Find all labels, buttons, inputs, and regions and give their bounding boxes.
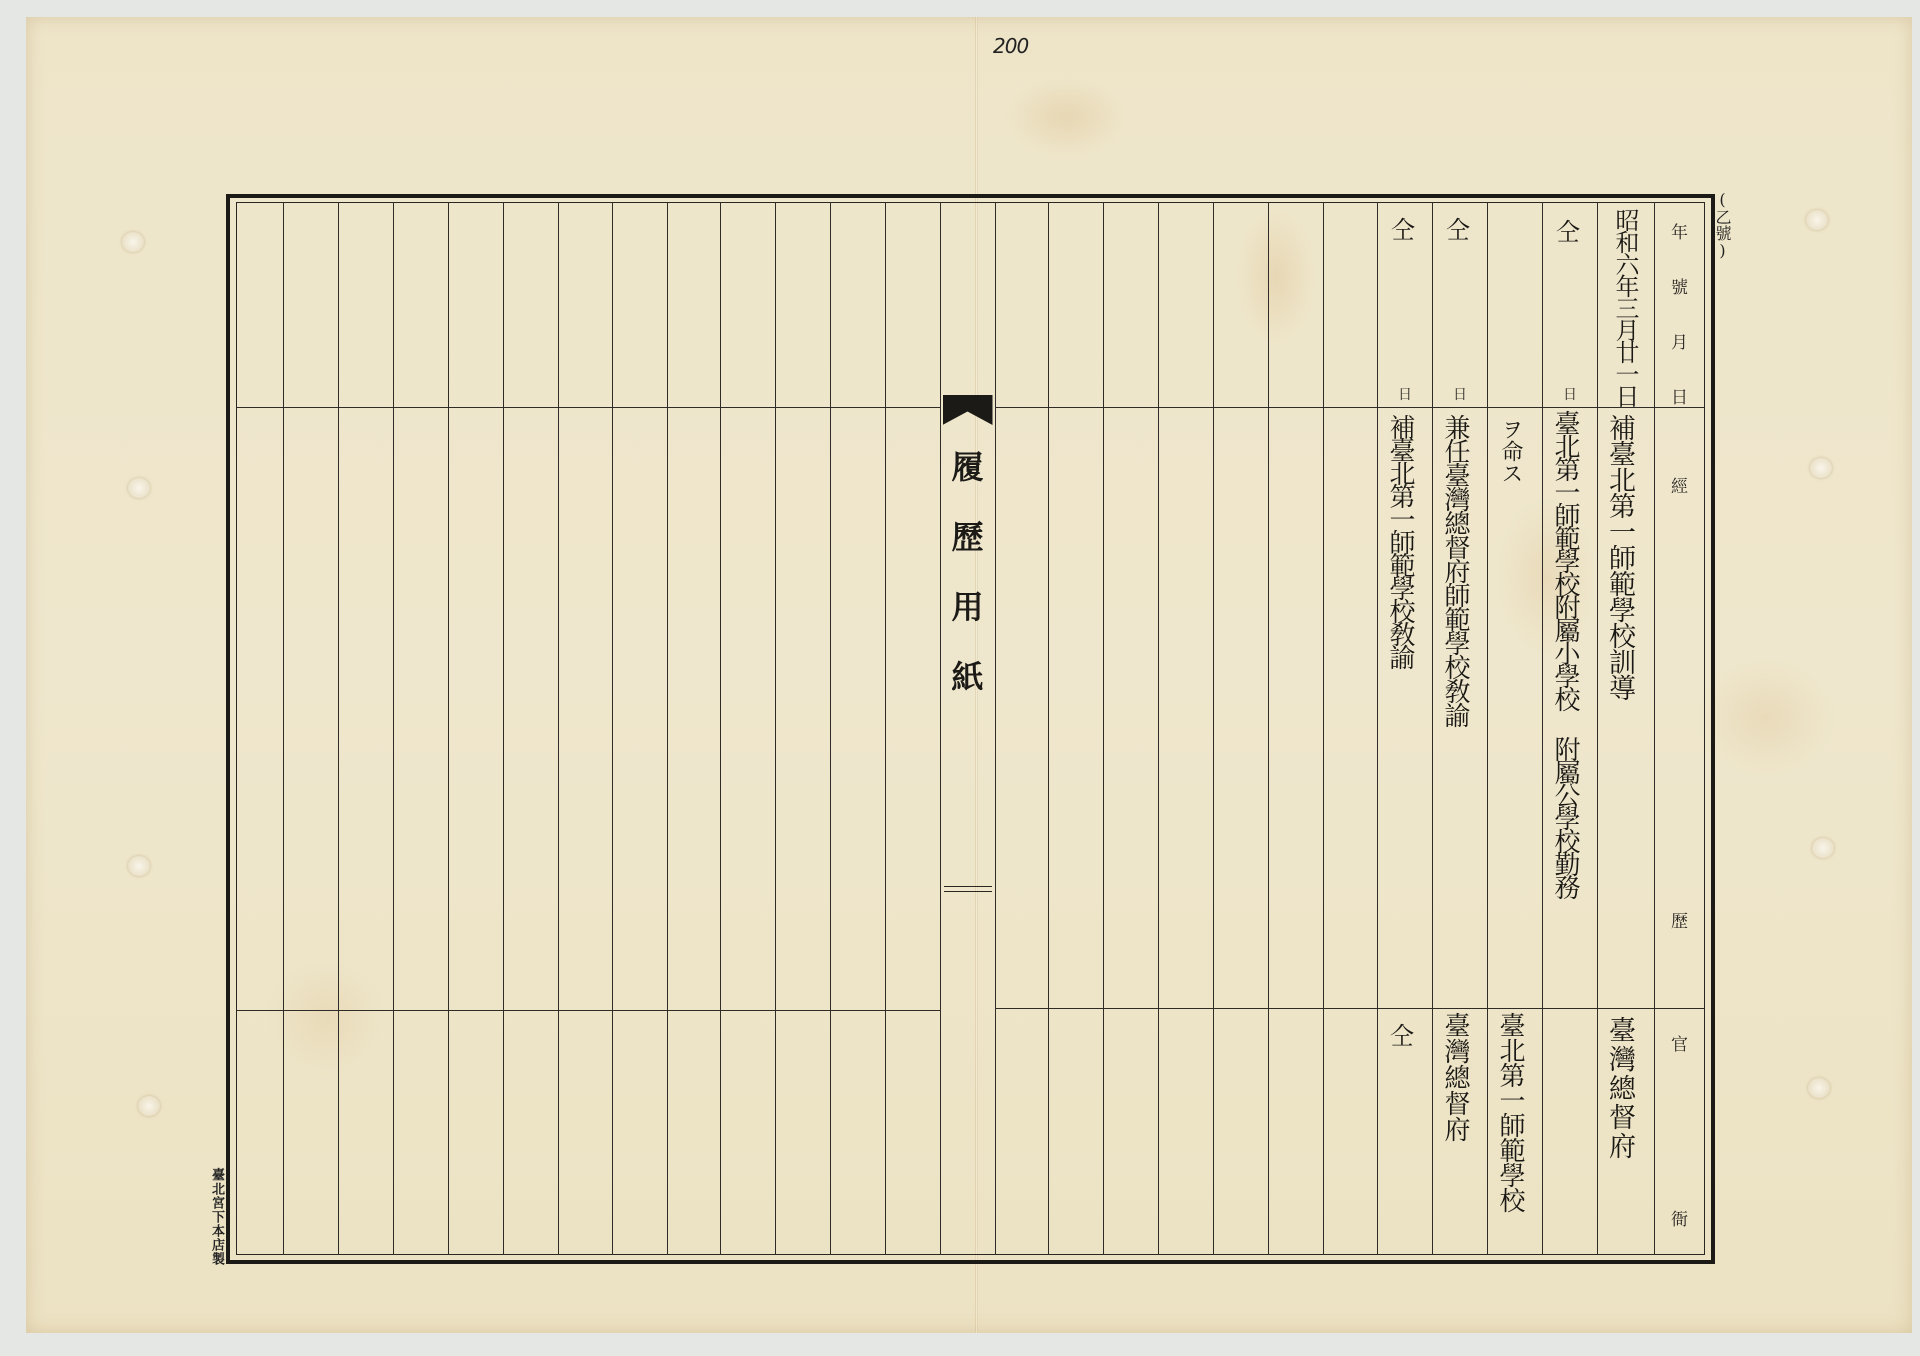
entry-4-career: 兼任臺灣總督府師範學校敎諭 [1435, 414, 1490, 854]
title-char: 履 [951, 447, 983, 487]
entry-1-office: 臺灣總督府 [1599, 1016, 1654, 1246]
column-rule [1158, 202, 1159, 1255]
entry-5-career: 補臺北第一師範學校敎諭 [1380, 414, 1435, 774]
column-rule [1048, 202, 1049, 1255]
column-rule [393, 202, 394, 1255]
header-office-label: 官 衙 [1654, 1030, 1705, 1230]
entry-1-date: 昭和六年三月廿一日 [1599, 208, 1654, 406]
column-rule [338, 202, 339, 1255]
header-date-label: 年 號 月 日 [1654, 212, 1705, 414]
entry-3-career: ヲ命ス [1490, 418, 1545, 618]
emboss-mark [1810, 458, 1832, 478]
entry-1-career: 補臺北第一師範學校訓導 [1599, 414, 1654, 1004]
column-rule [995, 202, 996, 1255]
column-rule [1103, 202, 1104, 1255]
column-rule [1323, 202, 1324, 1255]
entry-3-office: 臺北第一師範學校 [1490, 1012, 1545, 1252]
date-row-divider [995, 407, 1705, 408]
column-rule [667, 202, 668, 1255]
emboss-mark [1812, 838, 1834, 858]
entry-2-career: 臺北第一師範學校附屬小學校 附屬公學校勤務 [1545, 410, 1600, 1008]
column-rule [775, 202, 776, 1255]
title-double-rule [944, 886, 992, 892]
office-row-divider [236, 1010, 940, 1011]
title-char: 歷 [951, 517, 983, 557]
column-rule [1377, 202, 1378, 1255]
column-rule [283, 202, 284, 1255]
column-rule [830, 202, 831, 1255]
column-rule [885, 202, 886, 1255]
emboss-mark [1808, 1078, 1830, 1098]
column-rule [1268, 202, 1269, 1255]
entry-2-date: 仝 日 [1545, 208, 1600, 406]
column-rule [448, 202, 449, 1255]
emboss-mark [138, 1096, 160, 1116]
title-banner-icon [943, 395, 993, 425]
column-rule [1213, 202, 1214, 1255]
form-title: 履 歷 用 紙 [940, 395, 995, 697]
entry-4-date: 仝 日 [1435, 208, 1490, 406]
column-rule [612, 202, 613, 1255]
entry-5-office: 仝 [1380, 1012, 1435, 1072]
column-rule [940, 202, 941, 1255]
emboss-mark [128, 478, 150, 498]
entry-4-office: 臺灣總督府 [1435, 1012, 1490, 1252]
title-char: 紙 [951, 657, 983, 697]
column-rule [503, 202, 504, 1255]
header-career-label: 經 歷 [1654, 472, 1705, 932]
emboss-mark [1806, 210, 1828, 230]
column-rule [558, 202, 559, 1255]
title-char: 用 [951, 587, 983, 627]
entry-5-date: 仝 日 [1380, 208, 1435, 406]
printer-mark: 臺北宮下本店製 [208, 1168, 226, 1266]
date-row-divider [236, 407, 940, 408]
page-number: 200 [993, 34, 1028, 58]
emboss-mark [128, 856, 150, 876]
office-row-divider [995, 1008, 1705, 1009]
column-rule [720, 202, 721, 1255]
emboss-mark [122, 232, 144, 252]
